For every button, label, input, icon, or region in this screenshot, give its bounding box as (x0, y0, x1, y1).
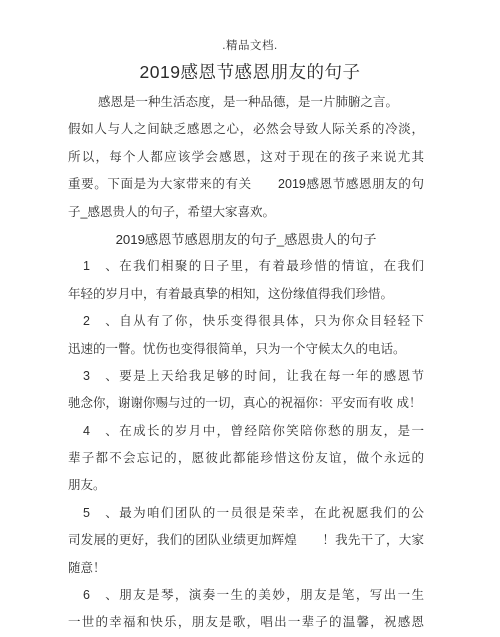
text-line: 子_感恩贵人的句子，希望大家喜欢。 (68, 199, 424, 226)
text-line: 重要。下面是为大家带来的有关 2019感恩节感恩朋友的句 (68, 171, 424, 198)
text-line: 6 、朋友是琴，演奏一生的美妙，朋友是笔，写出一生 (68, 582, 424, 609)
text-line: 年轻的岁月中，有着最真挚的相知，这份缘值得我们珍惜。 (68, 281, 424, 308)
text-line: 4 、在成长的岁月中，曾经陪你笑陪你愁的朋友，是一 (68, 418, 424, 445)
text-line: 朋友。 (68, 472, 424, 499)
text-line: 辈子都不会忘记的，愿彼此都能珍惜这份友谊，做个永远的 (68, 445, 424, 472)
text-line: 1 、在我们相聚的日子里，有着最珍惜的情谊，在我们 (68, 253, 424, 280)
text-line: 2 、自从有了你，快乐变得很具体，只为你众目轻轻下 (68, 308, 424, 335)
text-line: 迅速的一瞥。忧伤也变得很简单，只为一个守候太久的电话。 (68, 336, 424, 363)
text-line: 一世的幸福和快乐，朋友是歌，唱出一辈子的温馨，祝感恩 (68, 609, 424, 636)
watermark-text: .精品文档. (0, 39, 500, 53)
text-line: 随意！ (68, 555, 424, 582)
text-line: 3 、要是上天给我足够的时间，让我在每一年的感恩节 (68, 363, 424, 390)
text-line: 5 、最为咱们团队的一员很是荣幸，在此祝愿我们的公 (68, 500, 424, 527)
text-line: 驰念你，谢谢你赐与过的一切，真心的祝福你：平安而有收 成！ (68, 390, 424, 417)
text-line: 2019感恩节感恩朋友的句子_感恩贵人的句子 (68, 226, 424, 253)
document-page: .精品文档. 2019感恩节感恩朋友的句子 感恩是一种生活态度，是一种品德，是一… (0, 0, 500, 637)
text-line: 感恩是一种生活态度，是一种品德，是一片肺腑之言。 (68, 89, 424, 116)
text-line: 司发展的更好，我们的团队业绩更加辉煌 ！我先干了，大家 (68, 527, 424, 554)
page-title: 2019感恩节感恩朋友的句子 (0, 60, 500, 84)
document-body: 感恩是一种生活态度，是一种品德，是一片肺腑之言。假如人与人之间缺乏感恩之心，必然… (68, 89, 424, 637)
text-line: 假如人与人之间缺乏感恩之心，必然会导致人际关系的冷淡， (68, 116, 424, 143)
text-line: 所以，每个人都应该学会感恩，这对于现在的孩子来说尤其 (68, 144, 424, 171)
